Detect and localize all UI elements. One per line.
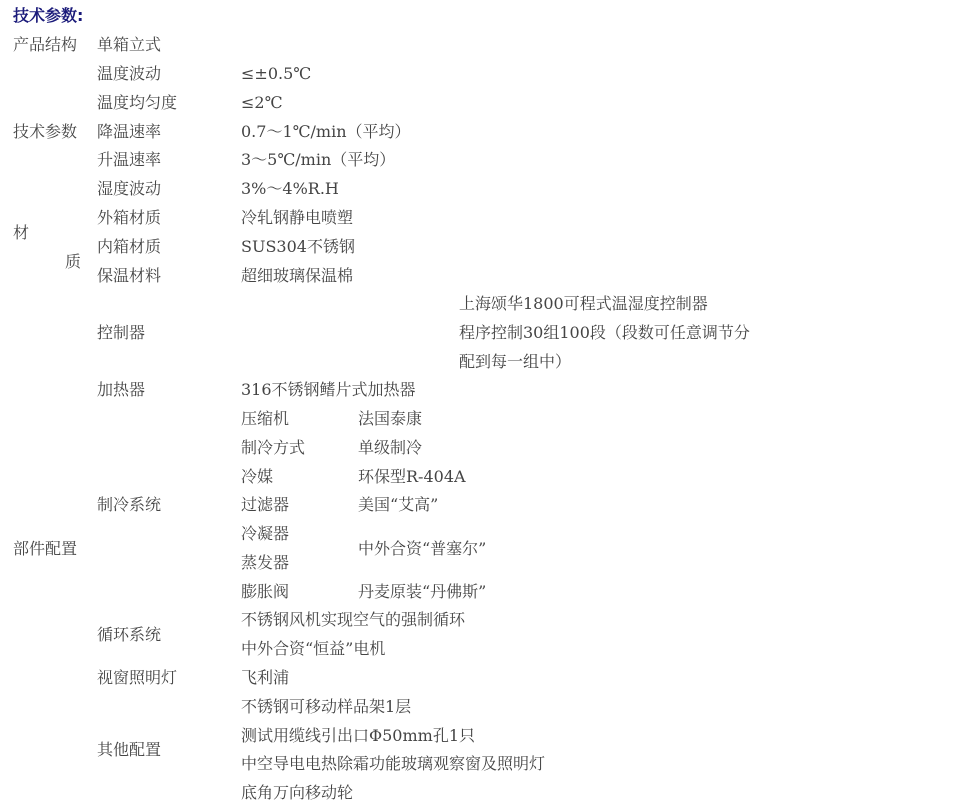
refrig-item-name: 过滤器 — [241, 495, 289, 515]
label-temp-fluctuation: 温度波动 — [97, 64, 161, 84]
refrig-item-name: 蒸发器 — [241, 553, 289, 573]
refrig-condenser-evaporator-value: 中外合资“普塞尔” — [358, 539, 486, 559]
value-window-light: 飞利浦 — [241, 668, 289, 688]
label-insulation: 保温材料 — [97, 266, 161, 286]
value-temp-uniformity: ≤2℃ — [241, 93, 282, 113]
label-circulation: 循环系统 — [97, 625, 161, 645]
label-window-light: 视窗照明灯 — [97, 668, 177, 688]
value-heating-rate: 3～5℃/min（平均） — [241, 150, 395, 170]
refrig-item-name: 制冷方式 — [241, 438, 305, 458]
value-inner-box: SUS304不锈钢 — [241, 237, 355, 257]
label-heating-rate: 升温速率 — [97, 150, 161, 170]
value-controller-line-2: 程序控制30组100段（段数可任意调节分 — [459, 323, 750, 343]
value-other-line-4: 底角万向移动轮 — [241, 783, 353, 801]
value-other-line-3: 中空导电电热除霜功能玻璃观察窗及照明灯 — [241, 754, 545, 774]
group-product-structure: 产品结构 — [13, 35, 77, 55]
refrig-item-name: 膨胀阀 — [241, 582, 289, 602]
group-parts-config: 部件配置 — [13, 539, 77, 559]
refrig-item-name: 压缩机 — [241, 409, 289, 429]
label-controller: 控制器 — [97, 323, 145, 343]
group-material-2: 质 — [65, 252, 81, 272]
value-heater: 316不锈钢鳍片式加热器 — [241, 380, 416, 400]
label-outer-box: 外箱材质 — [97, 208, 161, 228]
refrig-item-value: 丹麦原装“丹佛斯” — [358, 582, 486, 602]
section-title: 技术参数: — [13, 6, 83, 26]
refrig-item-name: 冷凝器 — [241, 524, 289, 544]
value-controller-line-1: 上海颂华1800可程式温湿度控制器 — [459, 294, 708, 314]
refrig-item-value: 法国泰康 — [358, 409, 422, 429]
value-other-line-2: 测试用缆线引出口Φ50mm孔1只 — [241, 726, 475, 746]
label-temp-uniformity: 温度均匀度 — [97, 93, 177, 113]
value-insulation: 超细玻璃保温棉 — [241, 266, 353, 286]
value-product-structure: 单箱立式 — [97, 35, 161, 55]
value-other-line-1: 不锈钢可移动样品架1层 — [241, 697, 411, 717]
label-other-config: 其他配置 — [97, 740, 161, 760]
group-material-1: 材 — [13, 223, 29, 243]
group-tech-params: 技术参数 — [13, 122, 77, 142]
value-circulation-line-2: 中外合资“恒益”电机 — [241, 639, 385, 659]
value-cooling-rate: 0.7～1℃/min（平均） — [241, 122, 411, 142]
refrig-item-value: 美国“艾高” — [358, 495, 438, 515]
value-circulation-line-1: 不锈钢风机实现空气的强制循环 — [241, 610, 465, 630]
refrig-item-value: 环保型R-404A — [358, 467, 466, 487]
value-controller-line-3: 配到每一组中） — [459, 352, 571, 372]
value-outer-box: 冷轧钢静电喷塑 — [241, 208, 353, 228]
refrig-item-value: 单级制冷 — [358, 438, 422, 458]
label-humidity-fluctuation: 湿度波动 — [97, 179, 161, 199]
label-cooling-rate: 降温速率 — [97, 122, 161, 142]
refrig-item-name: 冷媒 — [241, 467, 273, 487]
label-refrigeration: 制冷系统 — [97, 495, 161, 515]
label-inner-box: 内箱材质 — [97, 237, 161, 257]
label-heater: 加热器 — [97, 380, 145, 400]
value-temp-fluctuation: ≤±0.5℃ — [241, 64, 311, 84]
value-humidity-fluctuation: 3%～4%R.H — [241, 179, 339, 199]
